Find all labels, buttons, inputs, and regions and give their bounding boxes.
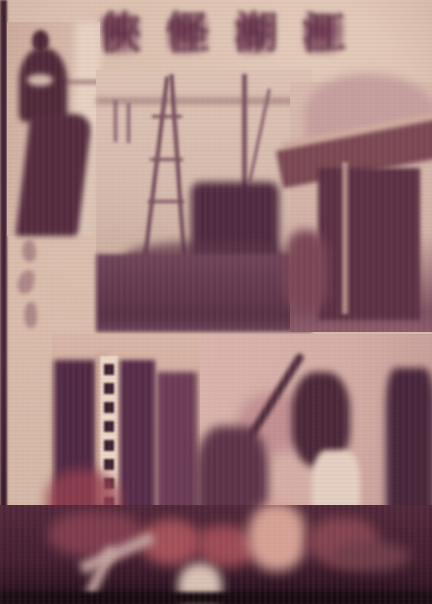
handwritten-marks <box>14 238 56 340</box>
photo-derrick-scene <box>96 70 312 332</box>
figure-sash <box>27 74 53 86</box>
title-character-4: 江 <box>298 6 350 62</box>
faint-glow <box>330 541 410 571</box>
derrick-crossbar <box>148 200 184 203</box>
fence-post <box>127 103 130 143</box>
photo-hut-scene <box>290 82 432 332</box>
bottom-black-band <box>0 592 432 604</box>
photo-dark-foreground <box>96 254 312 332</box>
title-glyph: 俠 <box>94 6 146 62</box>
hut-wall <box>318 168 420 320</box>
background-rail <box>62 80 100 84</box>
vintage-film-poster: 俠 怪 湖 江 <box>0 0 432 604</box>
poster-title: 俠 怪 湖 江 <box>94 6 350 64</box>
dark-banner <box>157 372 197 524</box>
foreground-shrubs <box>284 230 328 314</box>
handwriting-stroke <box>23 301 39 328</box>
title-character-3: 湖 <box>230 6 282 62</box>
figure-robe <box>16 114 93 236</box>
fence-post <box>114 100 117 142</box>
pink-letter-blotch <box>248 503 306 571</box>
title-character-1: 俠 <box>94 6 146 62</box>
title-glyph: 江 <box>298 6 350 62</box>
title-glyph: 怪 <box>162 6 214 62</box>
photo-standing-figure <box>7 22 100 236</box>
hut-corner-post <box>342 162 348 314</box>
derrick-crossbar <box>152 115 182 118</box>
derrick-crossbar <box>150 158 183 161</box>
title-glyph: 湖 <box>230 6 282 62</box>
title-character-2: 怪 <box>162 6 214 62</box>
derrick-pole <box>143 76 170 260</box>
handwriting-stroke <box>16 269 35 295</box>
handwriting-stroke <box>20 239 38 263</box>
bottom-credit-strip <box>0 505 432 604</box>
